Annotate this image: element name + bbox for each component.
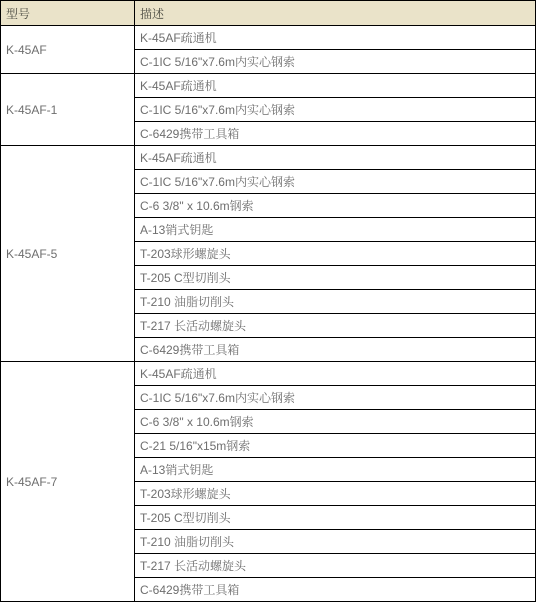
description-cell: T-203球形螺旋头 [135, 482, 536, 506]
description-cell: C-1IC 5/16"x7.6m内实心钢索 [135, 50, 536, 74]
spec-table-body: K-45AFK-45AF疏通机C-1IC 5/16"x7.6m内实心钢索K-45… [1, 26, 536, 602]
description-cell: T-210 油脂切削头 [135, 530, 536, 554]
column-header-model: 型号 [1, 1, 135, 26]
description-cell: C-6429携带工具箱 [135, 338, 536, 362]
table-row: K-45AF-5K-45AF疏通机 [1, 146, 536, 170]
description-cell: A-13销式钥匙 [135, 218, 536, 242]
product-spec-table: 型号 描述 K-45AFK-45AF疏通机C-1IC 5/16"x7.6m内实心… [0, 0, 536, 602]
table-row: K-45AF-7K-45AF疏通机 [1, 362, 536, 386]
header-row: 型号 描述 [1, 1, 536, 26]
description-cell: K-45AF疏通机 [135, 362, 536, 386]
table-row: K-45AF-1K-45AF疏通机 [1, 74, 536, 98]
model-cell: K-45AF-1 [1, 74, 135, 146]
description-cell: C-6 3/8" x 10.6m钢索 [135, 410, 536, 434]
description-cell: C-21 5/16"x15m钢索 [135, 434, 536, 458]
page: 型号 描述 K-45AFK-45AF疏通机C-1IC 5/16"x7.6m内实心… [0, 0, 539, 602]
description-cell: K-45AF疏通机 [135, 74, 536, 98]
model-cell: K-45AF-5 [1, 146, 135, 362]
description-cell: K-45AF疏通机 [135, 146, 536, 170]
description-cell: C-6429携带工具箱 [135, 122, 536, 146]
model-cell: K-45AF [1, 26, 135, 74]
description-cell: T-205 C型切削头 [135, 506, 536, 530]
model-cell: K-45AF-7 [1, 362, 135, 602]
description-cell: C-6 3/8" x 10.6m钢索 [135, 194, 536, 218]
description-cell: C-1IC 5/16"x7.6m内实心钢索 [135, 98, 536, 122]
description-cell: C-1IC 5/16"x7.6m内实心钢索 [135, 170, 536, 194]
description-cell: K-45AF疏通机 [135, 26, 536, 50]
description-cell: T-210 油脂切削头 [135, 290, 536, 314]
table-row: K-45AFK-45AF疏通机 [1, 26, 536, 50]
description-cell: T-203球形螺旋头 [135, 242, 536, 266]
description-cell: T-217 长活动螺旋头 [135, 554, 536, 578]
description-cell: A-13销式钥匙 [135, 458, 536, 482]
description-cell: T-217 长活动螺旋头 [135, 314, 536, 338]
description-cell: C-6429携带工具箱 [135, 578, 536, 602]
description-cell: T-205 C型切削头 [135, 266, 536, 290]
column-header-description: 描述 [135, 1, 536, 26]
description-cell: C-1IC 5/16"x7.6m内实心钢索 [135, 386, 536, 410]
